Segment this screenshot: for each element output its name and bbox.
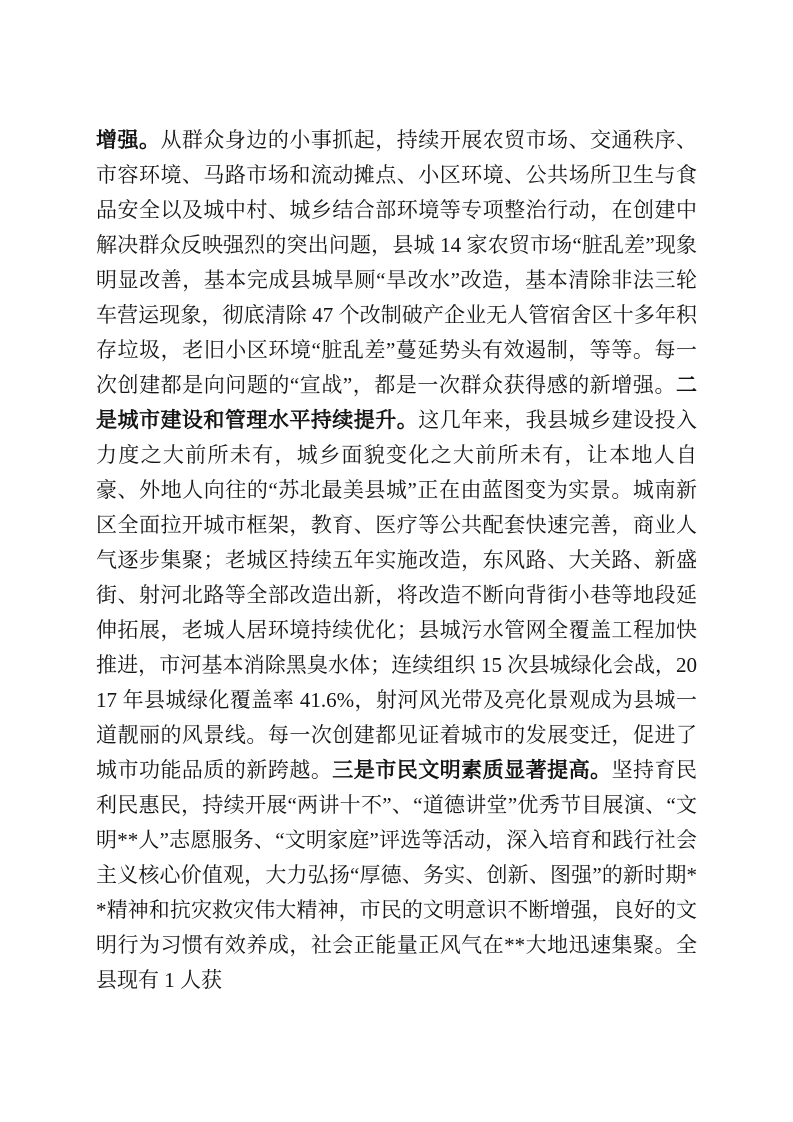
body-text-segment: 从群众身边的小事抓起，持续开展农贸市场、交通秩序、市容环境、马路市场和流动摊点、…: [96, 128, 697, 397]
document-paragraph: 增强。从群众身边的小事抓起，持续开展农贸市场、交通秩序、市容环境、马路市场和流动…: [96, 123, 697, 998]
inline-bold-heading: 三是市民文明素质显著提高。: [332, 758, 611, 782]
body-text-segment: 坚持育民利民惠民，持续开展“两讲十不”、“道德讲堂”优秀节目展演、“文明**人”…: [96, 758, 697, 992]
document-body: 增强。从群众身边的小事抓起，持续开展农贸市场、交通秩序、市容环境、马路市场和流动…: [96, 123, 697, 998]
inline-bold-heading: 增强。: [96, 128, 160, 152]
document-page: 增强。从群众身边的小事抓起，持续开展农贸市场、交通秩序、市容环境、马路市场和流动…: [0, 0, 793, 1122]
body-text-segment: 这几年来，我县城乡建设投入力度之大前所未有，城乡面貌变化之大前所未有，让本地人自…: [96, 408, 697, 782]
